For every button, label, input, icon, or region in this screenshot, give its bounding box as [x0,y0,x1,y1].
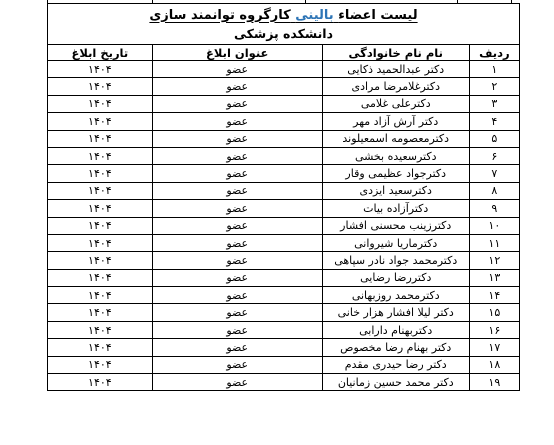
name-cell: دکترعلی غلامی [322,95,469,112]
row-number-cell: ۱۱ [469,234,519,251]
date-cell: ۱۴۰۴ [48,113,153,130]
date-cell: ۱۴۰۴ [48,200,153,217]
row-number-cell: ۱۳ [469,269,519,286]
date-cell: ۱۴۰۴ [48,182,153,199]
date-cell: ۱۴۰۴ [48,356,153,373]
member-row: ۱۴ دکترمحمد روزبهانی عضو ۱۴۰۴ [48,287,520,304]
row-number-cell: ۱۸ [469,356,519,373]
table-title-cell: لیست اعضاء بالینی کارگروه توانمند سازی د… [48,4,520,45]
members-table: لیست اعضاء بالینی کارگروه توانمند سازی د… [47,3,520,391]
date-cell: ۱۴۰۴ [48,374,153,391]
date-cell: ۱۴۰۴ [48,234,153,251]
document-page: لیست اعضاء بالینی کارگروه توانمند سازی د… [0,0,554,445]
date-cell: ۱۴۰۴ [48,339,153,356]
row-number-cell: ۲ [469,78,519,95]
title-row: لیست اعضاء بالینی کارگروه توانمند سازی د… [48,4,520,45]
name-cell: دکترجواد عظیمی وقار [322,165,469,182]
role-cell: عضو [152,147,322,164]
member-row: ۱ دکتر عبدالحمید ذکایی عضو ۱۴۰۴ [48,61,520,78]
member-row: ۲ دکترغلامرضا مرادی عضو ۱۴۰۴ [48,78,520,95]
name-cell: دکتر بهنام رضا مخصوص [322,339,469,356]
name-cell: دکترمحمد جواد نادر سپاهی [322,252,469,269]
row-number-cell: ۸ [469,182,519,199]
row-number-cell: ۱۶ [469,321,519,338]
role-cell: عضو [152,95,322,112]
date-cell: ۱۴۰۴ [48,61,153,78]
member-row: ۱۰ دکترزینب محسنی افشار عضو ۱۴۰۴ [48,217,520,234]
name-cell: دکترزینب محسنی افشار [322,217,469,234]
row-number-cell: ۷ [469,165,519,182]
member-row: ۵ دکترمعصومه اسمعیلوند عضو ۱۴۰۴ [48,130,520,147]
row-number-cell: ۱ [469,61,519,78]
member-row: ۴ دکتر آرش آزاد مهر عضو ۱۴۰۴ [48,113,520,130]
role-cell: عضو [152,374,322,391]
date-cell: ۱۴۰۴ [48,304,153,321]
name-cell: دکتر آرش آزاد مهر [322,113,469,130]
row-number-cell: ۱۰ [469,217,519,234]
role-cell: عضو [152,217,322,234]
role-cell: عضو [152,321,322,338]
member-row: ۱۷ دکتر بهنام رضا مخصوص عضو ۱۴۰۴ [48,339,520,356]
role-cell: عضو [152,182,322,199]
row-number-cell: ۹ [469,200,519,217]
role-cell: عضو [152,200,322,217]
member-row: ۱۳ دکتررضا رضایی عضو ۱۴۰۴ [48,269,520,286]
member-row: ۱۶ دکتربهنام دارابی عضو ۱۴۰۴ [48,321,520,338]
role-cell: عضو [152,252,322,269]
row-number-cell: ۶ [469,147,519,164]
name-cell: دکترآزاده بیات [322,200,469,217]
role-cell: عضو [152,356,322,373]
role-cell: عضو [152,165,322,182]
member-row: ۱۸ دکتر رضا حیدری مقدم عضو ۱۴۰۴ [48,356,520,373]
role-cell: عضو [152,130,322,147]
date-cell: ۱۴۰۴ [48,217,153,234]
role-cell: عضو [152,339,322,356]
name-cell: دکترماریا شیروانی [322,234,469,251]
member-row: ۷ دکترجواد عظیمی وقار عضو ۱۴۰۴ [48,165,520,182]
row-number-cell: ۱۵ [469,304,519,321]
name-cell: دکتربهنام دارابی [322,321,469,338]
role-cell: عضو [152,304,322,321]
header-full-name: نام نام خانوادگی [322,45,469,61]
row-number-cell: ۵ [469,130,519,147]
title-suffix: کارگروه توانمند سازی [149,8,290,23]
role-cell: عضو [152,269,322,286]
name-cell: دکتررضا رضایی [322,269,469,286]
date-cell: ۱۴۰۴ [48,130,153,147]
header-row-number: ردیف [469,45,519,61]
member-row: ۹ دکترآزاده بیات عضو ۱۴۰۴ [48,200,520,217]
table-body: ۱ دکتر عبدالحمید ذکایی عضو ۱۴۰۴ ۲ دکترغل… [48,61,520,391]
title-prefix: لیست اعضاء [338,8,417,23]
member-row: ۸ دکترسعید ایزدی عضو ۱۴۰۴ [48,182,520,199]
name-cell: دکترمحمد روزبهانی [322,287,469,304]
member-row: ۶ دکترسعیده بخشی عضو ۱۴۰۴ [48,147,520,164]
header-notice-title: عنوان ابلاغ [152,45,322,61]
name-cell: دکترمعصومه اسمعیلوند [322,130,469,147]
row-number-cell: ۱۲ [469,252,519,269]
role-cell: عضو [152,234,322,251]
role-cell: عضو [152,78,322,95]
name-cell: دکتر محمد حسین زمانیان [322,374,469,391]
date-cell: ۱۴۰۴ [48,165,153,182]
member-row: ۱۲ دکترمحمد جواد نادر سپاهی عضو ۱۴۰۴ [48,252,520,269]
name-cell: دکترسعیده بخشی [322,147,469,164]
member-row: ۱۵ دکتر لیلا افشار هزار خانی عضو ۱۴۰۴ [48,304,520,321]
role-cell: عضو [152,61,322,78]
role-cell: عضو [152,113,322,130]
row-number-cell: ۱۴ [469,287,519,304]
title-highlight-word: بالینی [295,8,333,23]
name-cell: دکتر رضا حیدری مقدم [322,356,469,373]
date-cell: ۱۴۰۴ [48,252,153,269]
table-header-row: ردیف نام نام خانوادگی عنوان ابلاغ تاریخ … [48,45,520,61]
member-row: ۱۱ دکترماریا شیروانی عضو ۱۴۰۴ [48,234,520,251]
member-row: ۱۹ دکتر محمد حسین زمانیان عضو ۱۴۰۴ [48,374,520,391]
header-notice-date: تاریخ ابلاغ [48,45,153,61]
row-number-cell: ۳ [469,95,519,112]
row-number-cell: ۴ [469,113,519,130]
date-cell: ۱۴۰۴ [48,95,153,112]
row-number-cell: ۱۹ [469,374,519,391]
name-cell: دکتر لیلا افشار هزار خانی [322,304,469,321]
name-cell: دکتر عبدالحمید ذکایی [322,61,469,78]
name-cell: دکترغلامرضا مرادی [322,78,469,95]
member-row: ۳ دکترعلی غلامی عضو ۱۴۰۴ [48,95,520,112]
name-cell: دکترسعید ایزدی [322,182,469,199]
role-cell: عضو [152,287,322,304]
row-number-cell: ۱۷ [469,339,519,356]
date-cell: ۱۴۰۴ [48,269,153,286]
date-cell: ۱۴۰۴ [48,147,153,164]
date-cell: ۱۴۰۴ [48,287,153,304]
date-cell: ۱۴۰۴ [48,78,153,95]
table-title-line2: دانشکده پزشکی [50,25,517,43]
date-cell: ۱۴۰۴ [48,321,153,338]
table-title-line1: لیست اعضاء بالینی کارگروه توانمند سازی [50,6,517,25]
